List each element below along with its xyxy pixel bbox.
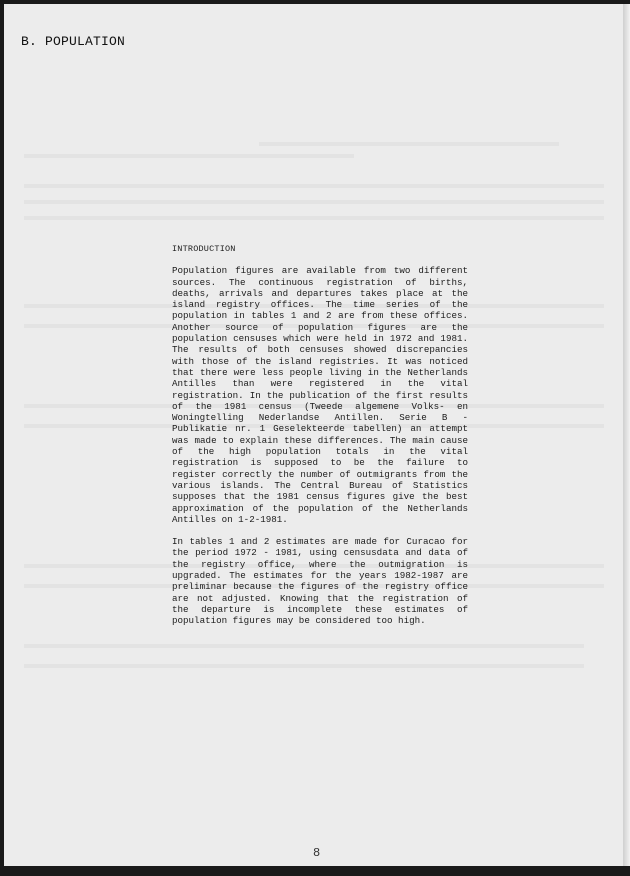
scan-border <box>0 866 630 876</box>
section-heading: INTRODUCTION <box>172 244 468 255</box>
document-page: B. POPULATION INTRODUCTION Population fi… <box>4 4 623 866</box>
introduction-section: INTRODUCTION Population figures are avai… <box>172 244 468 638</box>
page-number: 8 <box>313 846 320 860</box>
page-edge <box>623 4 630 866</box>
paragraph: Population figures are available from tw… <box>172 265 468 525</box>
paragraph: In tables 1 and 2 estimates are made for… <box>172 536 468 626</box>
section-title: B. POPULATION <box>21 34 125 49</box>
